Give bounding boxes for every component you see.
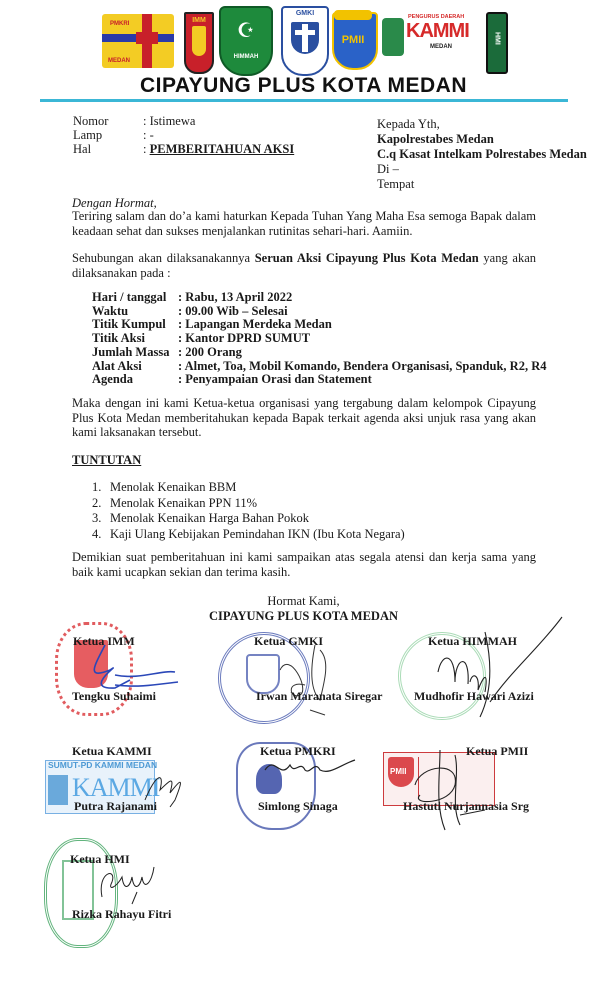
notice-paragraph: Maka dengan ini kami Ketua-ketua organis…: [72, 396, 536, 440]
hmi-signature: [92, 862, 162, 907]
signatory-role: Ketua PMKRI: [260, 744, 336, 759]
demands-list: 1.Menolak Kenaikan BBM 2.Menolak Kenaika…: [92, 480, 405, 542]
gmki-signature: [270, 640, 350, 720]
header-divider: [40, 99, 568, 102]
signatory-name: Mudhofir Hawari Azizi: [414, 689, 534, 704]
lamp-label: Lamp: [73, 128, 143, 142]
hal-label: Hal: [73, 142, 143, 156]
signatory-role: Ketua HMI: [70, 852, 130, 867]
detail-row: Jumlah Massa: 200 Orang: [92, 346, 546, 360]
signatory-role: Ketua HIMMAH: [428, 634, 517, 649]
hal-value: PEMBERITAHUAN AKSI: [150, 142, 295, 156]
signatory-role: Ketua PMII: [466, 744, 528, 759]
pmkri-logo: PMKRI MEDAN: [102, 14, 174, 68]
detail-row: Titik Kumpul: Lapangan Merdeka Medan: [92, 318, 546, 332]
cross-icon: [302, 24, 308, 52]
crescent-icon: ☪: [237, 18, 255, 43]
recipient-block: Kepada Yth, Kapolrestabes Medan C.q Kasa…: [377, 117, 587, 192]
detail-row: Agenda: Penyampaian Orasi dan Statement: [92, 373, 546, 387]
pmii-logo: PMII: [332, 8, 374, 68]
letter-meta: Nomor: Istimewa Lamp: - Hal: PEMBERITAHU…: [73, 114, 294, 156]
detail-row: Titik Aksi: Kantor DPRD SUMUT: [92, 332, 546, 346]
nomor-value: : Istimewa: [143, 114, 195, 128]
signatory-name: Irwan Maranata Siregar: [256, 689, 382, 704]
action-details: Hari / tanggal: Rabu, 13 April 2022 Wakt…: [92, 291, 546, 387]
header-logos: PMKRI MEDAN IMM ☪ HIMMAH GMKI PMII PENGU…: [100, 8, 510, 74]
imm-logo: IMM: [184, 12, 214, 74]
organization-title: CIPAYUNG PLUS KOTA MEDAN: [0, 74, 607, 98]
nomor-label: Nomor: [73, 114, 143, 128]
detail-row: Waktu: 09.00 Wib – Selesai: [92, 305, 546, 319]
kammi-logo: PENGURUS DAERAH KAMMI MEDAN: [382, 14, 474, 64]
signatory-role: Ketua IMM: [73, 634, 135, 649]
demands-heading: TUNTUTAN: [72, 453, 141, 468]
gmki-logo: GMKI: [281, 6, 329, 76]
recipient-name: Kapolrestabes Medan: [377, 132, 587, 147]
recipient-attention: C.q Kasat Intelkam Polrestabes Medan: [377, 147, 587, 162]
detail-row: Hari / tanggal: Rabu, 13 April 2022: [92, 291, 546, 305]
signatory-name: Putra Rajanami: [74, 799, 157, 814]
list-item: 1.Menolak Kenaikan BBM: [92, 480, 405, 496]
signatory-name: Rizka Rahayu Fitri: [72, 907, 171, 922]
opening-paragraph: Teriring salam dan do’a kami haturkan Ke…: [72, 209, 536, 238]
lamp-value: : -: [143, 128, 154, 142]
signatory-role: Ketua GMKI: [254, 634, 323, 649]
closing-paragraph: Demikian suat pemberitahuan ini kami sam…: [72, 550, 536, 579]
signatory-name: Simlong Sinaga: [258, 799, 338, 814]
signatory-role: Ketua KAMMI: [72, 744, 152, 759]
list-item: 4.Kaji Ulang Kebijakan Pemindahan IKN (I…: [92, 527, 405, 543]
list-item: 2.Menolak Kenaikan PPN 11%: [92, 496, 405, 512]
list-item: 3.Menolak Kenaikan Harga Bahan Pokok: [92, 511, 405, 527]
signatory-name: Hastuti Nurjannasia Srg: [403, 799, 529, 814]
detail-row: Alat Aksi: Almet, Toa, Mobil Komando, Be…: [92, 360, 546, 374]
himmah-logo: ☪ HIMMAH: [219, 6, 273, 76]
intro-paragraph: Sehubungan akan dilaksanakannya Seruan A…: [72, 251, 536, 280]
signatory-name: Tengku Suhaimi: [72, 689, 156, 704]
himmah-signature: [430, 612, 570, 722]
hmi-logo: HMI: [486, 12, 508, 74]
